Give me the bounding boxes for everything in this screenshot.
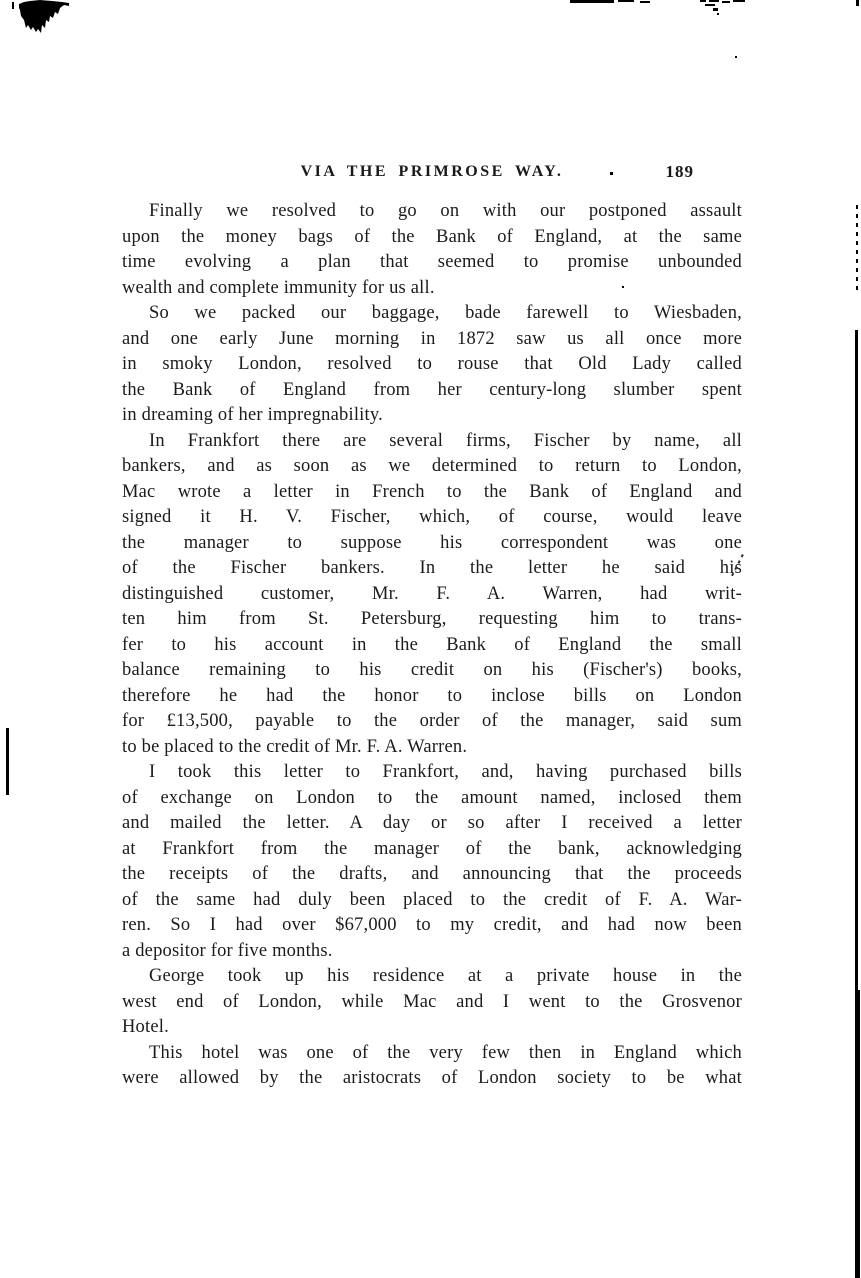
paragraph: This hotel was one of the very few then … — [122, 1041, 742, 1092]
text-line: west end of London, while Mac and I went… — [122, 990, 742, 1016]
text-line: This hotel was one of the very few then … — [122, 1041, 742, 1067]
text-line: were allowed by the aristocrats of Londo… — [122, 1066, 742, 1092]
top-edge-dash-artifact — [570, 0, 614, 3]
ink-dot-artifact — [610, 172, 613, 175]
top-edge-dash-artifact — [733, 0, 745, 2]
text-line: the receipts of the drafts, and announci… — [122, 862, 742, 888]
top-edge-dash-artifact — [722, 1, 730, 3]
text-line: therefore he had the honor to inclose bi… — [122, 684, 742, 710]
top-edge-dash-artifact — [640, 1, 650, 3]
text-line: of the same had duly been placed to the … — [122, 888, 742, 914]
text-line: distinguished customer, Mr. F. A. Warren… — [122, 582, 742, 608]
text-line: In Frankfort there are several firms, Fi… — [122, 429, 742, 455]
text-line: at Frankfort from the manager of the ban… — [122, 837, 742, 863]
top-edge-dash-artifact — [700, 0, 706, 2]
top-right-tick-artifact — [856, 0, 859, 6]
running-header-title: VIA THE PRIMROSE WAY. — [122, 163, 742, 181]
top-edge-speck-artifact — [717, 13, 719, 15]
text-line: ten him from St. Petersburg, requesting … — [122, 607, 742, 633]
ink-dot-artifact — [735, 56, 737, 58]
text-line: George took up his residence at a privat… — [122, 964, 742, 990]
text-line: and mailed the letter. A day or so after… — [122, 811, 742, 837]
text-line: bankers, and as soon as we determined to… — [122, 454, 742, 480]
text-line: wealth and complete immunity for us all. — [122, 276, 742, 302]
top-edge-speck-artifact — [705, 4, 715, 6]
ink-dot-artifact — [622, 286, 624, 288]
page-body: Finally we resolved to go on with our po… — [122, 199, 742, 1092]
paragraph: In Frankfort there are several firms, Fi… — [122, 429, 742, 761]
text-line: of exchange on London to the amount name… — [122, 786, 742, 812]
text-line: the Bank of England from her century-lon… — [122, 378, 742, 404]
left-edge-line-artifact — [6, 728, 9, 795]
top-edge-dash-artifact — [618, 0, 634, 2]
ink-tick-artifact — [12, 2, 14, 9]
text-line: Mac wrote a letter in French to the Bank… — [122, 480, 742, 506]
text-line: Hotel. — [122, 1015, 742, 1041]
text-line: and one early June morning in 1872 saw u… — [122, 327, 742, 353]
text-line: to be placed to the credit of Mr. F. A. … — [122, 735, 742, 761]
paragraph: I took this letter to Frankfort, and, ha… — [122, 760, 742, 964]
text-line: of the Fischer bankers. In the letter he… — [122, 556, 742, 582]
text-line: Finally we resolved to go on with our po… — [122, 199, 742, 225]
text-line: for £13,500, payable to the order of the… — [122, 709, 742, 735]
ink-blot-artifact — [19, 0, 69, 36]
text-line: time evolving a plan that seemed to prom… — [122, 250, 742, 276]
text-line: a depositor for five months. — [122, 939, 742, 965]
paragraph: So we packed our baggage, bade farewell … — [122, 301, 742, 429]
text-line: ren. So I had over $67,000 to my credit,… — [122, 913, 742, 939]
text-line: I took this letter to Frankfort, and, ha… — [122, 760, 742, 786]
text-line: in dreaming of her impregnability. — [122, 403, 742, 429]
text-line: fer to his account in the Bank of Englan… — [122, 633, 742, 659]
text-line: in smoky London, resolved to rouse that … — [122, 352, 742, 378]
text-line: balance remaining to his credit on his (… — [122, 658, 742, 684]
text-line: signed it H. V. Fischer, which, of cours… — [122, 505, 742, 531]
page-number: 189 — [650, 162, 694, 182]
scanned-book-page: VIA THE PRIMROSE WAY. 189 Finally we res… — [0, 0, 861, 1278]
paragraph: George took up his residence at a privat… — [122, 964, 742, 1041]
paragraph: Finally we resolved to go on with our po… — [122, 199, 742, 301]
right-edge-line-artifact — [856, 205, 858, 290]
right-edge-line-artifact — [858, 990, 860, 1278]
top-edge-dash-artifact — [709, 0, 719, 2]
text-line: So we packed our baggage, bade farewell … — [122, 301, 742, 327]
top-edge-speck-artifact — [713, 8, 718, 11]
text-line: upon the money bags of the Bank of Engla… — [122, 225, 742, 251]
text-line: the manager to suppose his correspondent… — [122, 531, 742, 557]
